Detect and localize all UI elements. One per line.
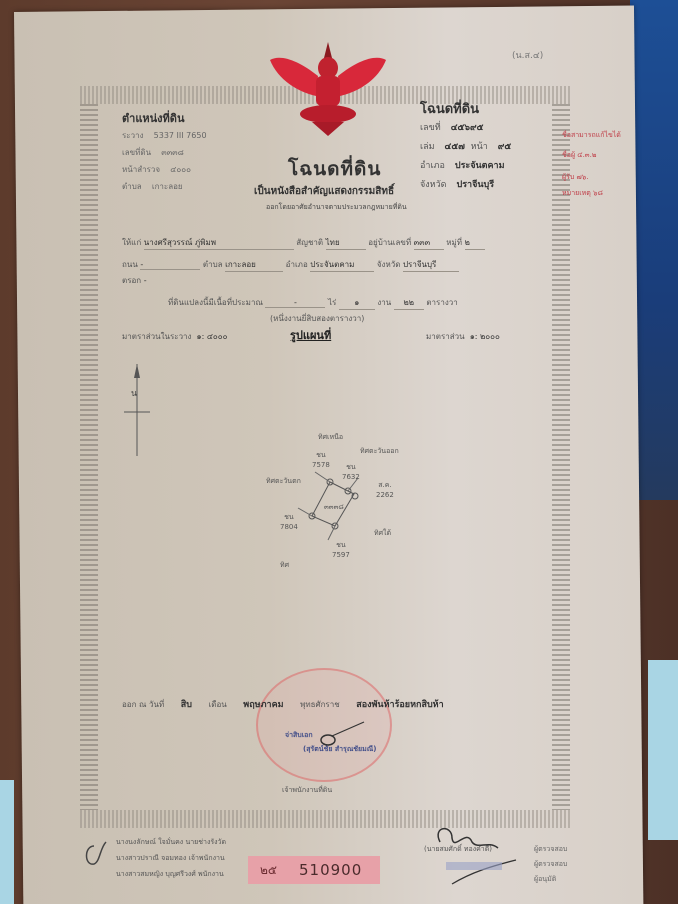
serial-prefix: ๒๕ bbox=[260, 861, 277, 880]
tambon-value: เกาะลอย bbox=[152, 182, 183, 191]
form-code: (น.ส.๔) bbox=[512, 48, 543, 62]
land-location-block: ตำแหน่งที่ดิน ระวาง 5337 III 7650 เลขที่… bbox=[122, 110, 207, 195]
right-note: ผู้ตรวจสอบ bbox=[534, 857, 567, 872]
moo-value: ๒ bbox=[465, 236, 485, 250]
area-rai-value: - bbox=[265, 298, 325, 308]
location-row: ตำบล เกาะลอย bbox=[122, 178, 207, 195]
lane-row: ตรอก - bbox=[122, 274, 147, 287]
signer-signature-icon bbox=[82, 836, 112, 872]
house-number-value: ๓๓๓ bbox=[414, 236, 444, 250]
right-signer-name: (นายสมศักดิ์ ทองคำดี) bbox=[424, 844, 492, 855]
right-note: ผู้ตรวจสอบ bbox=[534, 842, 567, 857]
deed-number-block: โฉนดที่ดิน เลขที่๔๕๖๙๕ เล่ม๔๕๗ หน้า๙๕ อำ… bbox=[420, 100, 511, 195]
north-arrow: น bbox=[122, 360, 152, 460]
officer-signature-icon bbox=[318, 720, 368, 750]
parcel-plot-map: ชน7578 ชน7632 ส.ค.2262 ชน7804 ชน7597 ๓๓๓… bbox=[260, 420, 420, 580]
deed-row: อำเภอประจันตคาม bbox=[420, 157, 511, 176]
deed-row: เลขที่๔๕๖๙๕ bbox=[420, 119, 511, 138]
map-scale: มาตราส่วนในระวาง ๑: ๔๐๐๐ bbox=[122, 330, 228, 343]
red-side-note: ชื่อสามารถแก้ไขได้ bbox=[562, 130, 621, 141]
north-arrow-icon bbox=[122, 360, 152, 460]
owner-row: ให้แก่ นางศรีสุวรรณ์ ภู่พิมพ สัญชาติ ไทย… bbox=[122, 236, 485, 250]
signer-line: นางนงลักษณ์ ใจมั่นคง นายช่างรังวัด bbox=[116, 834, 226, 850]
province-value: ปราจีนบุรี bbox=[457, 180, 495, 190]
area-ngan-value: ๑ bbox=[339, 296, 375, 310]
signer-line: นางสาวปราณี จอมทอง เจ้าพนักงาน bbox=[116, 850, 226, 866]
survey-page-value: ๔๐๐๐ bbox=[170, 165, 191, 174]
issue-date-row: ออก ณ วันที่ สิบ เดือน พฤษภาคม พุทธศักรา… bbox=[122, 697, 458, 711]
amphoe-value: ประจันตคาม bbox=[310, 258, 374, 272]
area-sqwa-value: ๒๒ bbox=[394, 296, 424, 310]
right-signature-icon bbox=[432, 822, 532, 892]
serial-number-stamp: ๒๕ 510900 bbox=[248, 856, 380, 884]
background-patterned-cloth bbox=[648, 660, 678, 840]
location-row: ระวาง 5337 III 7650 bbox=[122, 127, 207, 144]
boundary-word: ทิศเหนือ bbox=[318, 432, 343, 443]
neighbor-label: ส.ค.2262 bbox=[376, 480, 394, 499]
north-label: น bbox=[131, 386, 137, 400]
issue-year: สองพันห้าร้อยหกสิบห้า bbox=[356, 700, 443, 710]
background-patterned-cloth-left bbox=[0, 780, 14, 904]
garuda-emblem-icon bbox=[268, 40, 388, 140]
deed-row: เล่ม๔๕๗ หน้า๙๕ bbox=[420, 138, 511, 157]
boundary-word: ทิศตะวันตก bbox=[266, 476, 301, 487]
road-value: - bbox=[140, 260, 200, 270]
officer-title: เจ้าพนักงานที่ดิน bbox=[282, 785, 332, 796]
deed-number-value: ๔๕๖๙๕ bbox=[451, 123, 484, 133]
owner-name: นางศรีสุวรรณ์ ภู่พิมพ bbox=[144, 236, 294, 250]
signer-line: นางสาวสมหญิง บุญศรีวงศ์ พนักงาน bbox=[116, 866, 226, 882]
address-row: ถนน - ตำบล เกาะลอย อำเภอ ประจันตคาม จังห… bbox=[122, 258, 459, 272]
boundary-word: ทิศใต้ bbox=[374, 528, 391, 539]
plot-map-heading: รูปแผนที่ bbox=[290, 326, 331, 344]
plot-scale: มาตราส่วน ๑: ๒๐๐๐ bbox=[426, 330, 500, 343]
area-text: (หนึ่งงานยี่สิบสองตารางวา) bbox=[270, 312, 364, 325]
serial-number: 510900 bbox=[299, 861, 362, 879]
province-value: ปราจีนบุรี bbox=[403, 258, 459, 272]
neighbor-label: ชน7578 bbox=[312, 450, 330, 469]
issue-month: พฤษภาคม bbox=[243, 700, 283, 710]
page-value: ๙๕ bbox=[498, 142, 511, 152]
document-authority-line: ออกโดยอาศัยอำนาจตามประมวลกฎหมายที่ดิน bbox=[266, 202, 407, 213]
lane-value: - bbox=[144, 276, 147, 285]
boundary-word: ทิศตะวันออก bbox=[360, 446, 399, 457]
red-side-note: ชื่อผู้ ๔.๓.๒ bbox=[562, 150, 596, 161]
location-heading: ตำแหน่งที่ดิน bbox=[122, 110, 207, 127]
issue-day: สิบ bbox=[181, 700, 192, 710]
map-sheet-value: 5337 III 7650 bbox=[154, 131, 207, 140]
red-side-note: ผู้รับ ๗๖. bbox=[562, 172, 588, 183]
right-note: ผู้อนุมัติ bbox=[534, 872, 567, 887]
parcel-center-label: ๓๓๓๘ bbox=[324, 502, 344, 513]
neighbor-label: ชน7804 bbox=[280, 512, 298, 531]
tambon-value: เกาะลอย bbox=[225, 258, 283, 272]
boundary-word: ทิศ bbox=[280, 560, 289, 571]
neighbor-label: ชน7597 bbox=[332, 540, 350, 559]
border-left bbox=[80, 104, 98, 810]
nationality-value: ไทย bbox=[326, 236, 366, 250]
location-row: เลขที่ดิน ๓๓๓๘ bbox=[122, 144, 207, 161]
area-row: ที่ดินแปลงนี้มีเนื้อที่ประมาณ - ไร่ ๑ งา… bbox=[168, 296, 458, 310]
red-side-note: หมายเหตุ ๖๘ bbox=[562, 188, 603, 199]
document-title: โฉนดที่ดิน bbox=[288, 154, 381, 184]
deed-heading: โฉนดที่ดิน bbox=[420, 100, 511, 119]
deed-row: จังหวัดปราจีนบุรี bbox=[420, 176, 511, 195]
border-right bbox=[552, 104, 570, 810]
document-subtitle: เป็นหนังสือสำคัญแสดงกรรมสิทธิ์ bbox=[254, 184, 394, 199]
location-row: หน้าสำรวจ ๔๐๐๐ bbox=[122, 161, 207, 178]
neighbor-label: ชน7632 bbox=[342, 462, 360, 481]
right-notes-block: ผู้ตรวจสอบ ผู้ตรวจสอบ ผู้อนุมัติ bbox=[534, 842, 567, 887]
amphoe-value: ประจันตคาม bbox=[455, 161, 505, 171]
parcel-number-value: ๓๓๓๘ bbox=[161, 148, 184, 157]
volume-value: ๔๕๗ bbox=[445, 142, 465, 152]
